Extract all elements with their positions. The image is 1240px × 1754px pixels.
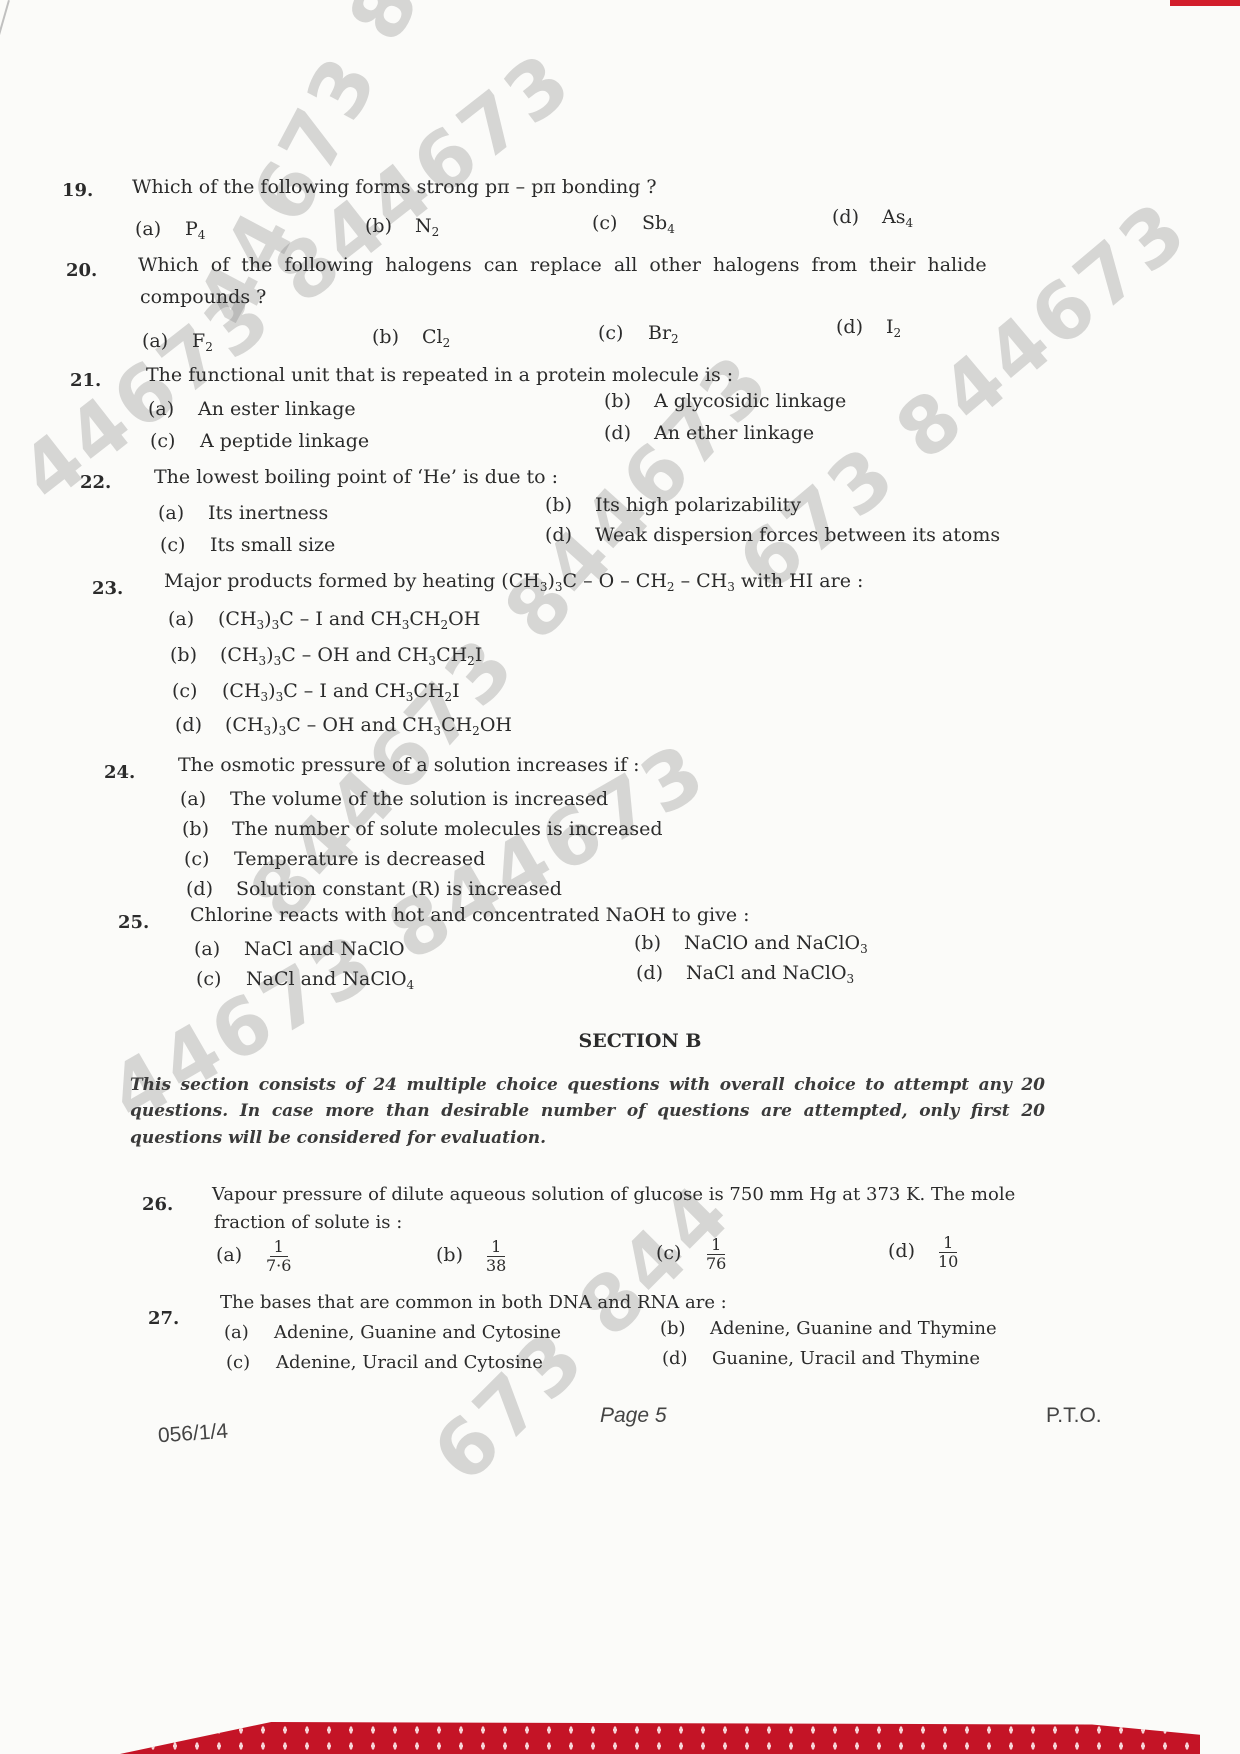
subscript: 3 (847, 972, 855, 986)
question-text: Which of the following forms strong pπ –… (132, 176, 657, 199)
question-text-line2: compounds ? (140, 286, 266, 309)
option-a[interactable]: (a)17·6 (216, 1238, 291, 1274)
option-text: Solution constant (R) is increased (236, 878, 562, 900)
question-number: 26. (142, 1194, 173, 1216)
option-text: Guanine, Uracil and Thymine (712, 1348, 980, 1369)
option-text: Cl (422, 326, 443, 348)
text-part: OH (480, 714, 512, 736)
question-text: The osmotic pressure of a solution incre… (178, 754, 640, 777)
option-text: Its inertness (208, 502, 328, 524)
text-part: C – OH and CH (286, 714, 433, 736)
option-label: (c) (172, 680, 222, 703)
option-a[interactable]: (a)NaCl and NaClO (194, 938, 405, 961)
text-part: C – I and CH (279, 608, 402, 630)
text-part: CH (413, 680, 444, 702)
question-number: 24. (104, 762, 135, 784)
option-a[interactable]: (a)P4 (135, 218, 205, 242)
numerator: 1 (270, 1238, 288, 1257)
option-label: (d) (545, 524, 595, 547)
question-number: 23. (92, 578, 123, 600)
subscript: 4 (407, 978, 415, 992)
option-text: Its small size (210, 534, 335, 556)
background-cloth-corner (1170, 0, 1240, 6)
subscript: 2 (671, 332, 679, 346)
question-number: 22. (80, 472, 111, 494)
text-part: ) (268, 680, 275, 702)
option-c[interactable]: (c)Its small size (160, 534, 335, 557)
text-part: ) (547, 570, 554, 592)
option-label: (d) (186, 878, 236, 901)
option-label: (a) (216, 1244, 266, 1267)
text-part: ) (266, 644, 273, 666)
section-heading: SECTION B (40, 1030, 1240, 1052)
option-text: The number of solute molecules is increa… (232, 818, 663, 840)
subscript: 2 (894, 326, 902, 340)
option-b[interactable]: (b)A glycosidic linkage (604, 390, 846, 413)
text-part: ) (264, 608, 271, 630)
option-label: (a) (180, 788, 230, 811)
option-text: Adenine, Guanine and Cytosine (274, 1322, 561, 1343)
question-number: 25. (118, 912, 149, 934)
option-d[interactable]: (d)As4 (832, 206, 913, 230)
option-label: (c) (160, 534, 210, 557)
option-d[interactable]: (d)Weak dispersion forces between its at… (545, 524, 1000, 547)
option-a[interactable]: (a)(CH3)3C – I and CH3CH2OH (168, 608, 480, 632)
option-label: (c) (598, 322, 648, 345)
option-label: (b) (365, 215, 415, 238)
option-b[interactable]: (b)N2 (365, 215, 439, 239)
option-text: NaCl and NaClO (686, 962, 847, 984)
option-b[interactable]: (b)138 (436, 1238, 506, 1274)
text-part: C – O – CH (563, 570, 667, 592)
option-b[interactable]: (b)Adenine, Guanine and Thymine (660, 1318, 997, 1340)
fraction: 110 (938, 1234, 958, 1270)
subscript: 2 (432, 225, 440, 239)
option-text: P (185, 218, 198, 240)
option-b[interactable]: (b)Its high polarizability (545, 494, 801, 517)
text-part: CH (409, 608, 440, 630)
option-label: (b) (182, 818, 232, 841)
option-text: Adenine, Uracil and Cytosine (276, 1352, 543, 1373)
subscript: 2 (472, 724, 480, 738)
question-text-line2: fraction of solute is : (214, 1212, 402, 1234)
option-label: (c) (150, 430, 200, 453)
option-label: (c) (656, 1242, 706, 1265)
option-c[interactable]: (c)Temperature is decreased (184, 848, 485, 871)
option-b[interactable]: (b)(CH3)3C – OH and CH3CH2I (170, 644, 482, 668)
question-text: Chlorine reacts with hot and concentrate… (190, 904, 750, 927)
option-d[interactable]: (d)110 (888, 1234, 958, 1270)
subscript: 2 (443, 336, 451, 350)
text-part: C – I and CH (283, 680, 406, 702)
option-label: (a) (168, 608, 218, 631)
question-text: Vapour pressure of dilute aqueous soluti… (212, 1184, 1015, 1206)
option-text: Weak dispersion forces between its atoms (595, 524, 1000, 546)
option-a[interactable]: (a)An ester linkage (148, 398, 356, 421)
option-a[interactable]: (a)F2 (142, 330, 213, 354)
fraction: 138 (486, 1238, 506, 1274)
option-c[interactable]: (c)Br2 (598, 322, 679, 346)
text-part: CH (441, 714, 472, 736)
option-c[interactable]: (c)(CH3)3C – I and CH3CH2I (172, 680, 460, 704)
option-c[interactable]: (c)176 (656, 1236, 726, 1272)
denominator: 38 (486, 1257, 506, 1275)
option-d[interactable]: (d)An ether linkage (604, 422, 814, 445)
option-c[interactable]: (c)A peptide linkage (150, 430, 369, 453)
option-d[interactable]: (d)Guanine, Uracil and Thymine (662, 1348, 980, 1370)
option-label: (a) (135, 218, 185, 241)
subscript: 3 (860, 942, 868, 956)
subscript: 3 (555, 580, 563, 594)
option-label: (c) (196, 968, 246, 991)
subscript: 2 (667, 580, 675, 594)
subscript: 3 (428, 654, 436, 668)
numerator: 1 (487, 1238, 505, 1257)
option-b[interactable]: (b)Cl2 (372, 326, 450, 350)
option-d[interactable]: (d)I2 (836, 316, 901, 340)
option-label: (d) (636, 962, 686, 985)
option-text: NaCl and NaClO (246, 968, 407, 990)
question-text: The bases that are common in both DNA an… (220, 1292, 727, 1314)
question-text: Major products formed by heating (CH3)3C… (164, 570, 863, 594)
option-text: NaClO and NaClO (684, 932, 860, 954)
option-c[interactable]: (c)NaCl and NaClO4 (196, 968, 414, 992)
option-a[interactable]: (a)Adenine, Guanine and Cytosine (224, 1322, 561, 1344)
option-d[interactable]: (d)NaCl and NaClO3 (636, 962, 854, 986)
option-text: NaCl and NaClO (244, 938, 405, 960)
text-part: OH (448, 608, 480, 630)
subscript: 4 (198, 228, 206, 242)
text-part: C – OH and CH (281, 644, 428, 666)
question-text: Which of the following halogens can repl… (138, 254, 987, 277)
text-part: (CH (222, 680, 261, 702)
option-label: (c) (226, 1352, 276, 1374)
option-label: (b) (660, 1318, 710, 1340)
pto-label: P.T.O. (1046, 1404, 1102, 1428)
option-label: (b) (634, 932, 684, 955)
question-number: 20. (66, 260, 97, 282)
denominator: 76 (706, 1255, 726, 1273)
option-label: (a) (194, 938, 244, 961)
text-part: CH (436, 644, 467, 666)
background-cloth (120, 1722, 1200, 1754)
subscript: 3 (727, 580, 735, 594)
option-label: (d) (175, 714, 225, 737)
subscript: 2 (205, 340, 213, 354)
option-text: Br (648, 322, 671, 344)
option-d[interactable]: (d)Solution constant (R) is increased (186, 878, 562, 901)
option-b[interactable]: (b)NaClO and NaClO3 (634, 932, 868, 956)
option-label: (b) (170, 644, 220, 667)
option-label: (d) (604, 422, 654, 445)
option-text: F (192, 330, 205, 352)
fraction: 17·6 (266, 1238, 291, 1274)
question-text: The functional unit that is repeated in … (146, 364, 733, 387)
question-number: 27. (148, 1308, 179, 1330)
question-number: 21. (70, 370, 101, 392)
option-text: A peptide linkage (200, 430, 369, 452)
option-label: (d) (662, 1348, 712, 1370)
option-label: (b) (436, 1244, 486, 1267)
subscript: 3 (433, 724, 441, 738)
option-label: (d) (836, 316, 886, 339)
denominator: 10 (938, 1253, 958, 1271)
option-text: A glycosidic linkage (654, 390, 846, 412)
subscript: 4 (905, 216, 913, 230)
text-part: with HI are : (735, 570, 864, 592)
text-part: I (452, 680, 460, 702)
option-label: (a) (224, 1322, 274, 1344)
question-number: 19. (62, 180, 93, 202)
option-text: An ether linkage (654, 422, 814, 444)
text-part: – CH (675, 570, 728, 592)
option-text: I (886, 316, 894, 338)
option-label: (b) (372, 326, 422, 349)
subscript: 2 (467, 654, 475, 668)
option-a[interactable]: (a)Its inertness (158, 502, 328, 525)
question-text: The lowest boiling point of ‘He’ is due … (154, 466, 558, 489)
option-a[interactable]: (a)The volume of the solution is increas… (180, 788, 608, 811)
option-text: N (415, 215, 432, 237)
text-part: ) (271, 714, 278, 736)
option-label: (d) (832, 206, 882, 229)
option-d[interactable]: (d)(CH3)3C – OH and CH3CH2OH (175, 714, 512, 738)
option-label: (b) (604, 390, 654, 413)
option-label: (c) (592, 212, 642, 235)
option-text: Adenine, Guanine and Thymine (710, 1318, 997, 1339)
text-part: I (475, 644, 483, 666)
numerator: 1 (707, 1236, 725, 1255)
text-part: (CH (225, 714, 264, 736)
option-label: (a) (142, 330, 192, 353)
subscript: 4 (667, 222, 675, 236)
fraction: 176 (706, 1236, 726, 1272)
exam-page: 44673 8446 44673 844673 673 844673 84467… (0, 0, 1240, 1754)
option-text: An ester linkage (198, 398, 356, 420)
option-label: (a) (148, 398, 198, 421)
option-label: (c) (184, 848, 234, 871)
text-part: (CH (218, 608, 257, 630)
option-label: (a) (158, 502, 208, 525)
text-part: Major products formed by heating (CH (164, 570, 540, 592)
paper-code: 056/1/4 (157, 1420, 229, 1449)
option-c[interactable]: (c)Sb4 (592, 212, 675, 236)
option-text: The volume of the solution is increased (230, 788, 608, 810)
option-text: Sb (642, 212, 667, 234)
option-text: As (882, 206, 905, 228)
numerator: 1 (939, 1234, 957, 1253)
option-text: Temperature is decreased (234, 848, 485, 870)
paper-crease (0, 0, 10, 202)
section-instructions: This section consists of 24 multiple cho… (130, 1072, 1045, 1151)
denominator: 7·6 (266, 1257, 291, 1275)
option-label: (b) (545, 494, 595, 517)
option-label: (d) (888, 1240, 938, 1263)
option-c[interactable]: (c)Adenine, Uracil and Cytosine (226, 1352, 543, 1374)
option-text: Its high polarizability (595, 494, 801, 516)
page-number: Page 5 (600, 1404, 667, 1428)
text-part: (CH (220, 644, 259, 666)
option-b[interactable]: (b)The number of solute molecules is inc… (182, 818, 663, 841)
